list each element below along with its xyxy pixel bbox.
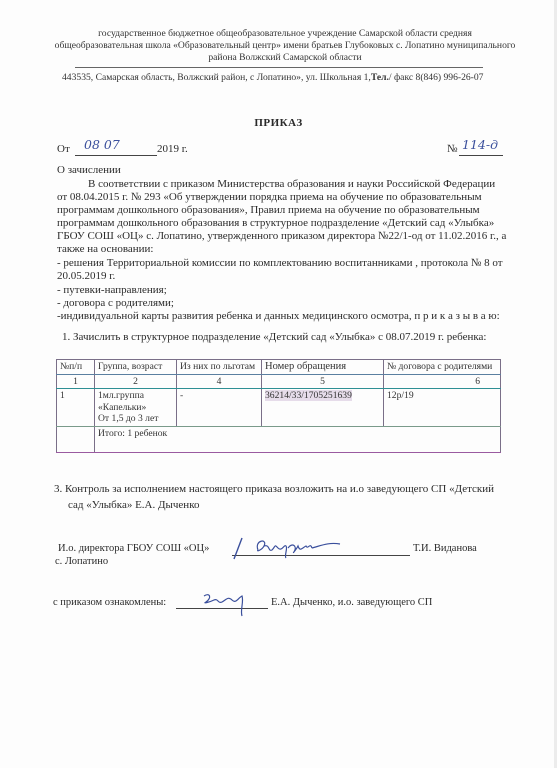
director-name: Т.И. Виданова <box>413 543 477 554</box>
cell-contract: 12р/19 <box>384 389 501 427</box>
date-handwritten: 08 07 <box>84 137 120 152</box>
org-name-line-2: общеобразовательная школа «Образовательн… <box>40 40 530 53</box>
body-line: - решения Территориальной комиссии по ко… <box>57 257 503 270</box>
org-address: 443535, Самарская область, Волжский райо… <box>62 72 483 83</box>
column-number: 1 <box>57 374 95 389</box>
address-phone: / факс 8(846) 996-26-07 <box>389 72 484 83</box>
director-signature-icon <box>228 532 348 562</box>
cell-benefits: - <box>177 389 262 427</box>
acknowledgement-label: с приказом ознакомлены: <box>53 597 166 608</box>
cell-number: 1 <box>57 389 95 427</box>
date-prefix: От <box>57 143 70 155</box>
order-item-1: 1. Зачислить в структурное подразделение… <box>62 331 486 344</box>
org-name-line-1: государственное бюджетное общеобразовате… <box>40 28 530 41</box>
header-cell-contract: № договора с родителями <box>384 360 501 375</box>
body-line: -индивидуальной карты развития ребенка и… <box>57 310 500 323</box>
body-line: от 08.04.2015 г. № 293 «Об утверждении п… <box>57 191 482 204</box>
cell-total: Итого: 1 ребенок <box>95 427 501 453</box>
number-handwritten: 114-д <box>462 137 498 152</box>
body-line: 20.05.2019 г. <box>57 270 115 283</box>
request-number: 36214/33/1705251639 <box>265 390 352 401</box>
header-cell-benefits: Из них по льготам <box>177 360 262 375</box>
body-line: также на основании: <box>57 243 153 256</box>
column-number: 2 <box>95 374 177 389</box>
director-title: И.о. директора ГБОУ СОШ «ОЦ» <box>58 543 209 554</box>
body-line: программам дошкольного образования», Пра… <box>57 204 480 217</box>
body-line: программам дошкольного образования в стр… <box>57 217 494 230</box>
body-line: ГБОУ СОШ «ОЦ» с. Лопатино, утвержденного… <box>57 230 506 243</box>
org-name-line-3: района Волжский Самарской области <box>40 52 530 65</box>
address-phone-label: Тел. <box>371 72 389 83</box>
number-prefix: № <box>447 143 458 155</box>
cell-empty <box>57 427 95 453</box>
address-text: 443535, Самарская область, Волжский райо… <box>62 72 371 83</box>
column-number: 5 <box>262 374 384 389</box>
header-cell-number: №п/п <box>57 360 95 375</box>
order-item-3-line-1: 3. Контроль за исполнением настоящего пр… <box>54 483 494 496</box>
table-header-row: №п/п Группа, возраст Из них по льготам Н… <box>57 360 501 375</box>
column-number: 6 <box>384 374 501 389</box>
letterhead-divider <box>75 67 483 68</box>
acknowledgement-signature-icon <box>196 588 256 618</box>
document-title: ПРИКАЗ <box>0 117 557 129</box>
order-item-3-line-2: сад «Улыбка» Е.А. Дыченко <box>68 499 199 512</box>
group-name: 1мл.группа <box>98 390 173 402</box>
body-line: В соответствии с приказом Министерства о… <box>88 178 495 191</box>
director-place: с. Лопатино <box>55 556 108 567</box>
date-underline <box>75 155 157 156</box>
scanned-document-page: государственное бюджетное общеобразовате… <box>0 0 557 768</box>
table-total-row: Итого: 1 ребенок <box>57 427 501 453</box>
cell-group: 1мл.группа «Капельки» От 1,5 до 3 лет <box>95 389 177 427</box>
body-line: - договора с родителями; <box>57 297 174 310</box>
order-subject: О зачислении <box>57 164 121 177</box>
column-number: 4 <box>177 374 262 389</box>
group-title: «Капельки» <box>98 402 173 414</box>
cell-request-number: 36214/33/1705251639 <box>262 389 384 427</box>
table-column-number-row: 1 2 4 5 6 <box>57 374 501 389</box>
header-cell-request: Номер обращения <box>262 360 384 375</box>
table-row: 1 1мл.группа «Капельки» От 1,5 до 3 лет … <box>57 389 501 427</box>
date-year: 2019 г. <box>157 143 188 155</box>
group-age: От 1,5 до 3 лет <box>98 413 173 425</box>
acknowledgement-name: Е.А. Дыченко, и.о. заведующего СП <box>271 597 432 608</box>
body-line: - путевки-направления; <box>57 284 167 297</box>
enrollment-table: №п/п Группа, возраст Из них по льготам Н… <box>56 359 501 453</box>
header-cell-group: Группа, возраст <box>95 360 177 375</box>
number-underline <box>459 155 503 156</box>
